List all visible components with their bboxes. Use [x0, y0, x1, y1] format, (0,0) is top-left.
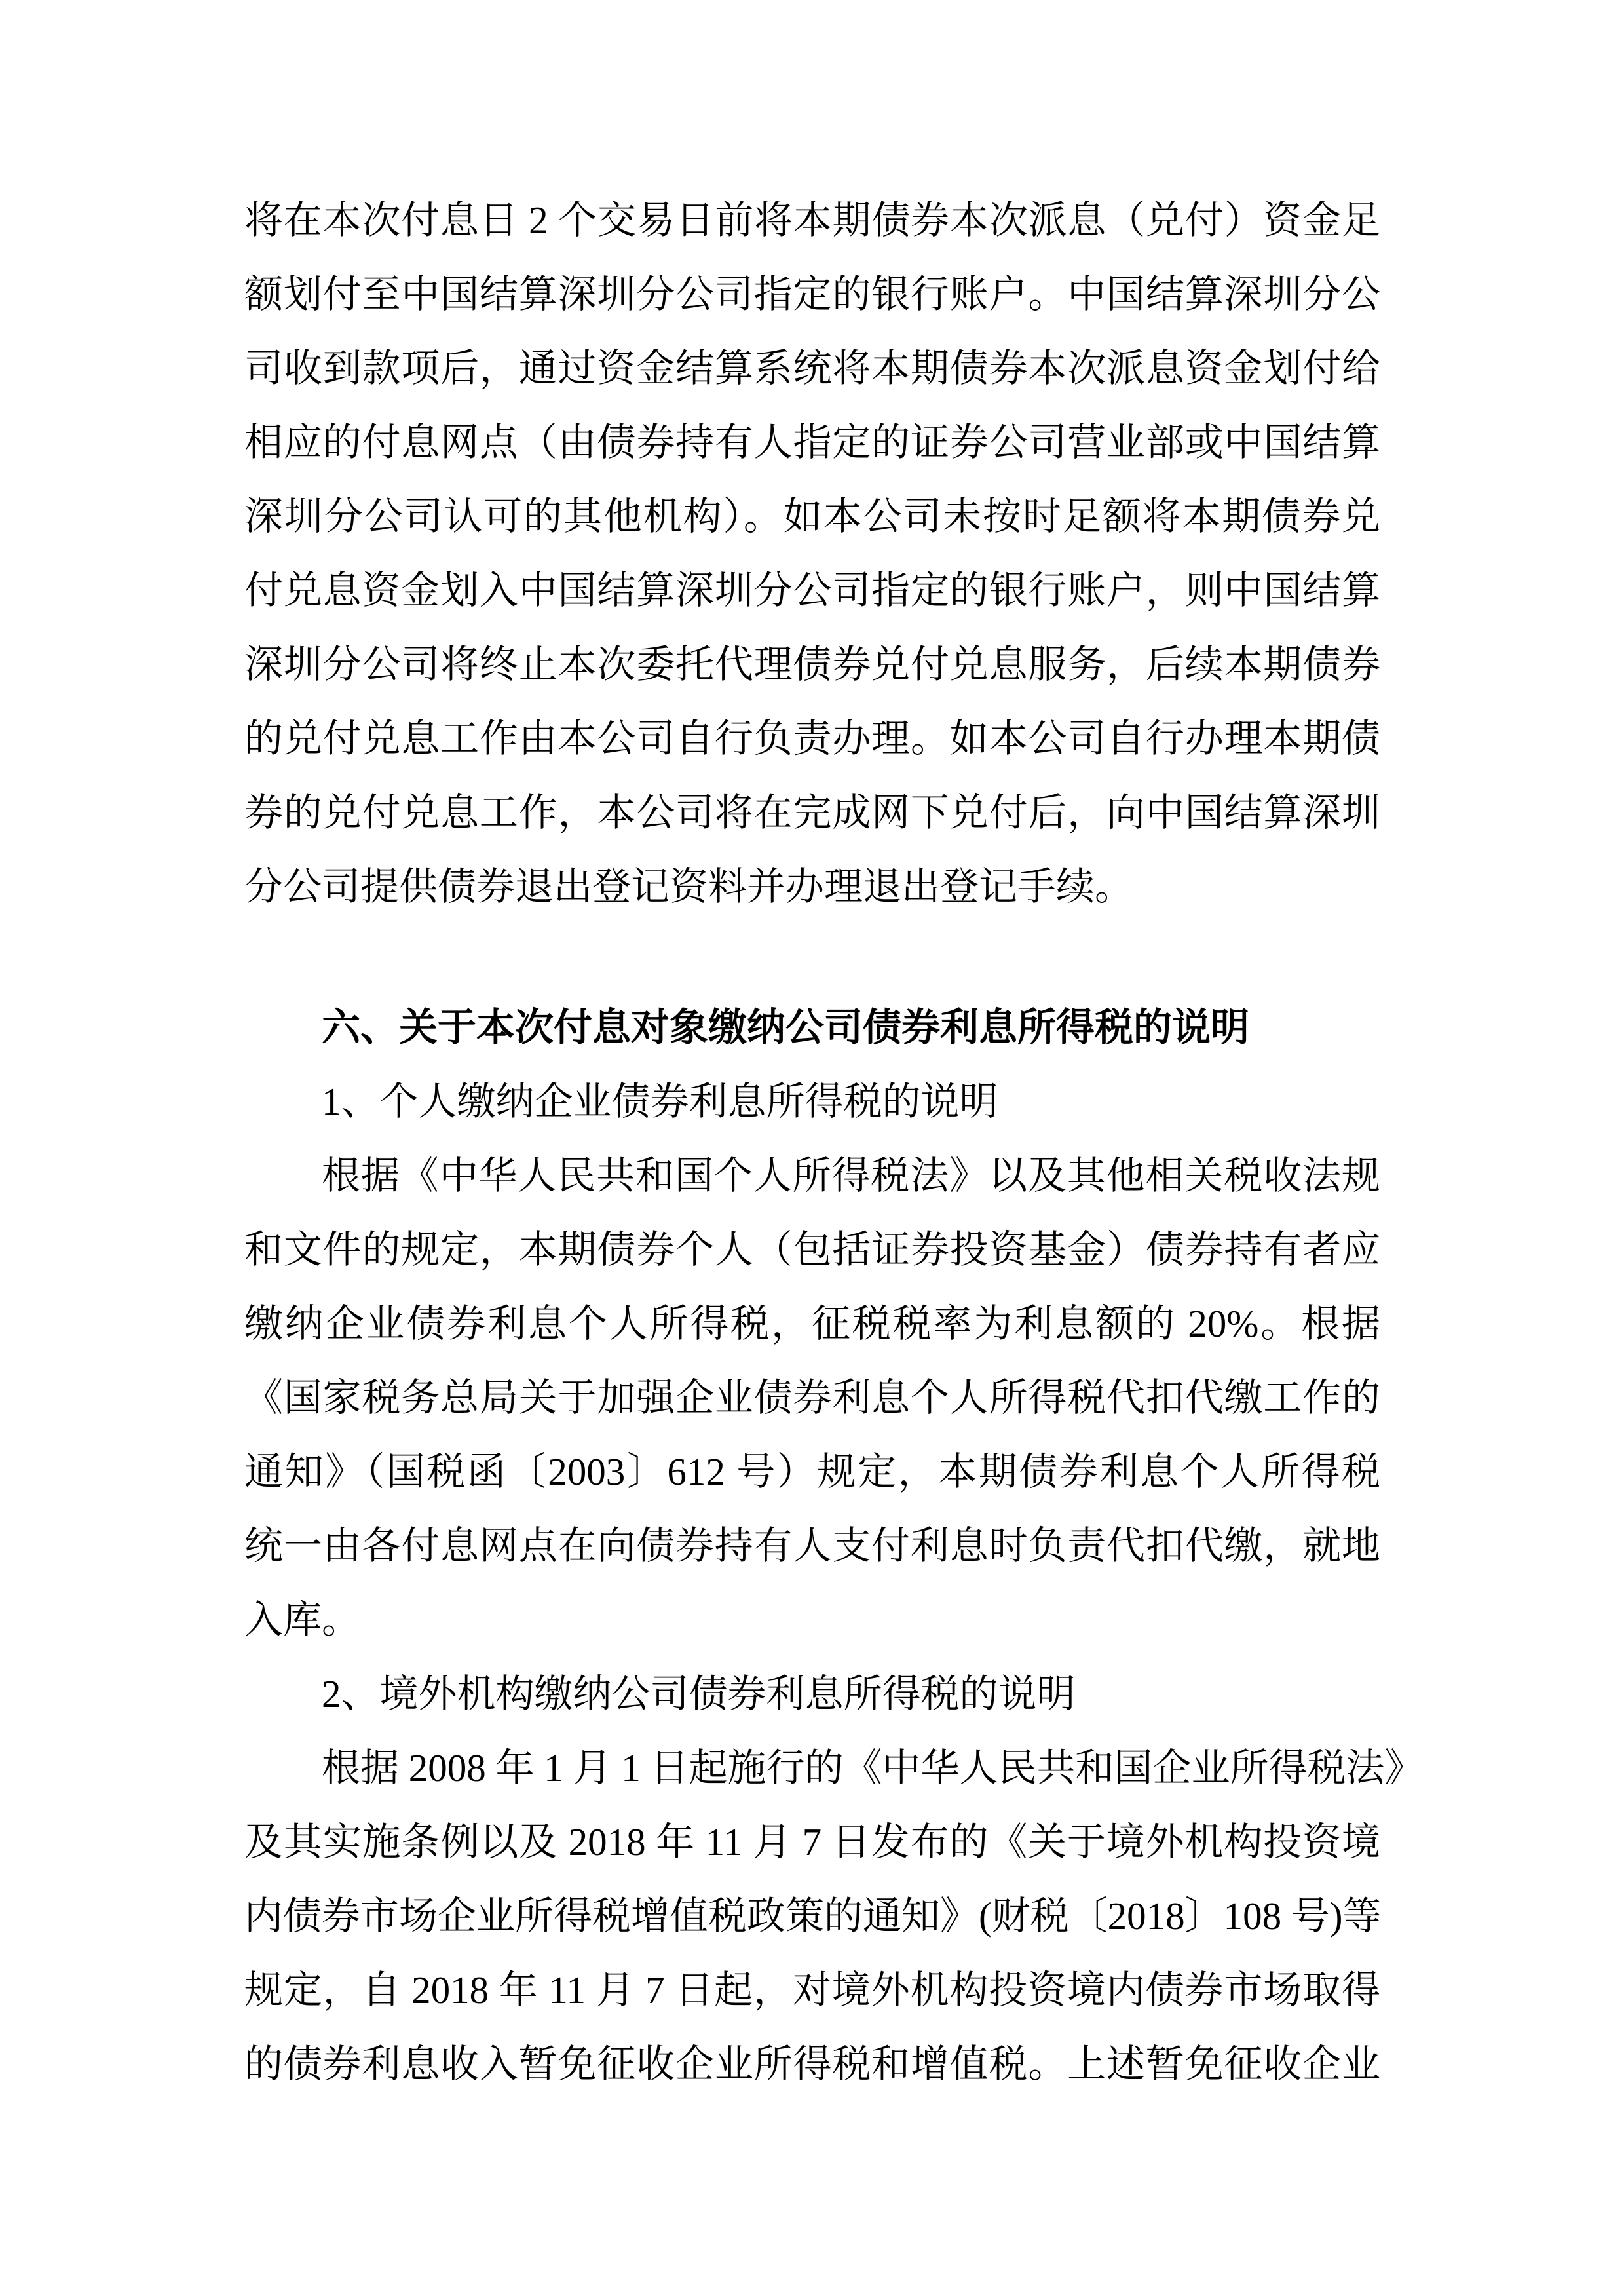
text-line: 相应的付息网点（由债券持有人指定的证券公司营业部或中国结算 [244, 406, 1380, 480]
text-line: 及其实施条例以及 2018 年 11 月 7 日发布的《关于境外机构投资境 [244, 1805, 1380, 1879]
text-line: 内债券市场企业所得税增值税政策的通知》(财税〔2018〕108 号)等 [244, 1879, 1380, 1953]
text-line: 和文件的规定，本期债券个人（包括证券投资基金）债券持有者应 [244, 1213, 1380, 1287]
sub-item-2-heading: 2、境外机构缴纳公司债券利息所得税的说明 [244, 1657, 1380, 1731]
text-line: 缴纳企业债券利息个人所得税，征税税率为利息额的 20%。根据 [244, 1287, 1380, 1361]
page: 将在本次付息日 2 个交易日前将本期债券本次派息（兑付）资金足额划付至中国结算深… [0, 0, 1624, 2296]
document-body: 将在本次付息日 2 个交易日前将本期债券本次派息（兑付）资金足额划付至中国结算深… [244, 183, 1380, 2101]
text-line: 《国家税务总局关于加强企业债券利息个人所得税代扣代缴工作的 [244, 1361, 1380, 1435]
text-line: 将在本次付息日 2 个交易日前将本期债券本次派息（兑付）资金足 [244, 183, 1380, 258]
text-line: 司收到款项后，通过资金结算系统将本期债券本次派息资金划付给 [244, 332, 1380, 406]
text-line: 根据《中华人民共和国个人所得税法》以及其他相关税收法规 [244, 1139, 1380, 1213]
text-line: 通知》（国税函〔2003〕612 号）规定，本期债券利息个人所得税 [244, 1435, 1380, 1509]
sub-item-1-heading: 1、个人缴纳企业债券利息所得税的说明 [244, 1065, 1380, 1139]
text-line: 规定，自 2018 年 11 月 7 日起，对境外机构投资境内债券市场取得 [244, 1953, 1380, 2027]
text-line: 券的兑付兑息工作，本公司将在完成网下兑付后，向中国结算深圳 [244, 776, 1380, 850]
section-heading: 六、关于本次付息对象缴纳公司债券利息所得税的说明 [244, 991, 1380, 1065]
paragraph: 根据《中华人民共和国个人所得税法》以及其他相关税收法规和文件的规定，本期债券个人… [244, 1139, 1380, 1657]
text-line: 根据 2008 年 1 月 1 日起施行的《中华人民共和国企业所得税法》 [244, 1731, 1380, 1805]
paragraph: 将在本次付息日 2 个交易日前将本期债券本次派息（兑付）资金足额划付至中国结算深… [244, 183, 1380, 924]
text-line: 深圳分公司认可的其他机构）。如本公司未按时足额将本期债券兑 [244, 480, 1380, 554]
text-line: 深圳分公司将终止本次委托代理债券兑付兑息服务，后续本期债券 [244, 628, 1380, 702]
text-line: 的债券利息收入暂免征收企业所得税和增值税。上述暂免征收企业 [244, 2027, 1380, 2101]
paragraph: 根据 2008 年 1 月 1 日起施行的《中华人民共和国企业所得税法》及其实施… [244, 1731, 1380, 2101]
text-line: 付兑息资金划入中国结算深圳分公司指定的银行账户，则中国结算 [244, 554, 1380, 628]
text-line: 入库。 [244, 1583, 1380, 1657]
text-line: 分公司提供债券退出登记资料并办理退出登记手续。 [244, 850, 1380, 924]
text-line: 的兑付兑息工作由本公司自行负责办理。如本公司自行办理本期债 [244, 702, 1380, 776]
text-line: 统一由各付息网点在向债券持有人支付利息时负责代扣代缴，就地 [244, 1509, 1380, 1583]
text-line: 额划付至中国结算深圳分公司指定的银行账户。中国结算深圳分公 [244, 258, 1380, 332]
